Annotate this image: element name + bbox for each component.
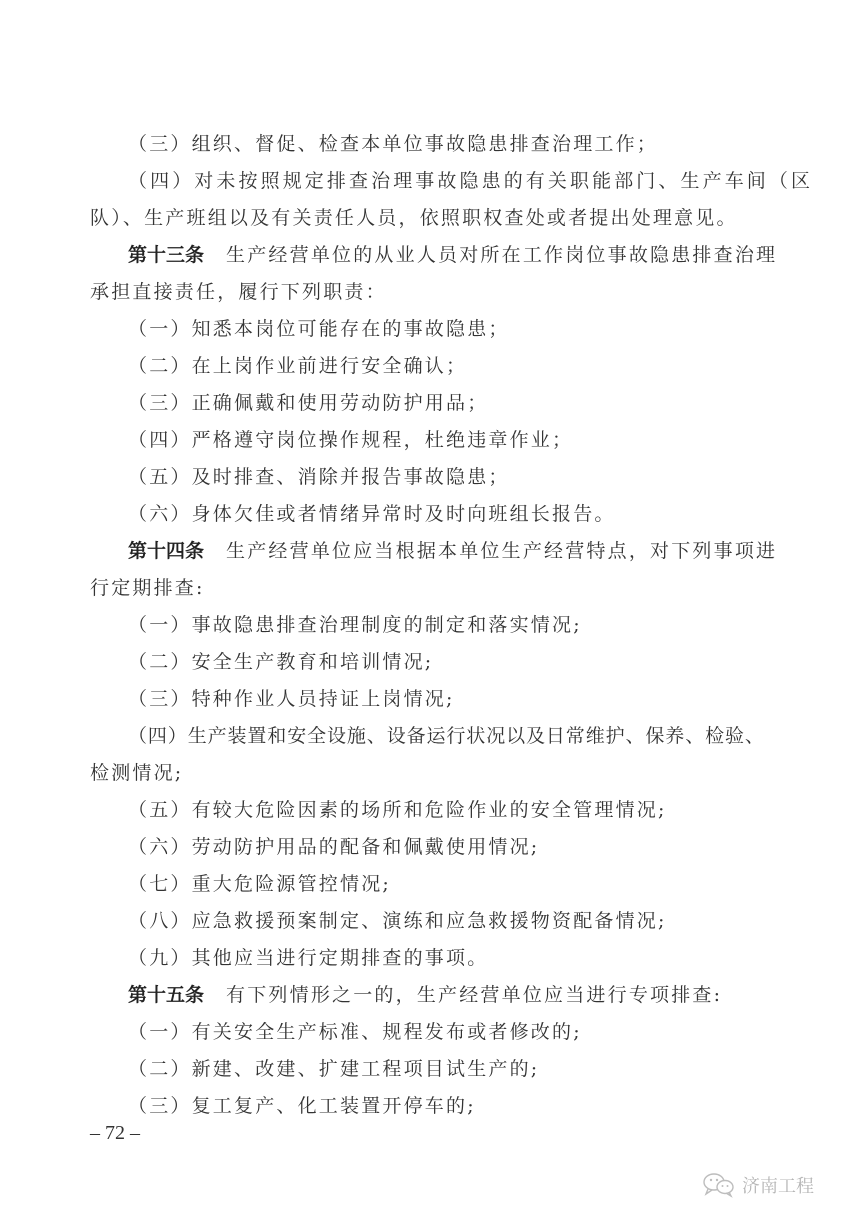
list-item: （四）生产装置和安全设施、设备运行状况以及日常维护、保养、检验、: [90, 718, 756, 755]
item-text: （二）在上岗作业前进行安全确认；: [128, 355, 467, 377]
item-text: 队）、生产班组以及有关责任人员，依照职权查处或者提出处理意见。: [90, 207, 738, 229]
document-body: （三）组织、督促、检查本单位事故隐患排查治理工作； （四）对未按照规定排查治理事…: [90, 126, 756, 1125]
item-text: （五）有较大危险因素的场所和危险作业的安全管理情况;: [128, 799, 667, 821]
article-title: 第十四条: [128, 540, 204, 562]
item-text: （五）及时排查、消除并报告事故隐患；: [128, 466, 510, 488]
item-text: 行定期排查:: [90, 577, 205, 599]
item-text: （七）重大危险源管控情况;: [128, 873, 391, 895]
item-text: （一）知悉本岗位可能存在的事故隐患；: [128, 318, 510, 340]
list-item: （一）有关安全生产标准、规程发布或者修改的;: [90, 1014, 756, 1051]
item-text: （六）身体欠佳或者情绪异常时及时向班组长报告。: [128, 503, 616, 525]
list-item: （六）身体欠佳或者情绪异常时及时向班组长报告。: [90, 496, 756, 533]
list-item: （九）其他应当进行定期排查的事项。: [90, 940, 756, 977]
article-text: 有下列情形之一的，生产经营单位应当进行专项排查:: [226, 984, 722, 1006]
item-text: （一）事故隐患排查治理制度的制定和落实情况;: [128, 614, 582, 636]
list-item: （三）正确佩戴和使用劳动防护用品；: [90, 385, 756, 422]
item-text: （四）生产装置和安全设施、设备运行状况以及日常维护、保养、检验、: [128, 725, 765, 747]
article-title: 第十三条: [128, 244, 204, 266]
continuation-line: 行定期排查:: [90, 570, 756, 607]
list-item: （一）事故隐患排查治理制度的制定和落实情况;: [90, 607, 756, 644]
item-text: 承担直接责任，履行下列职责：: [90, 281, 387, 303]
list-item: （五）及时排查、消除并报告事故隐患；: [90, 459, 756, 496]
item-text: （八）应急救援预案制定、演练和应急救援物资配备情况;: [128, 910, 667, 932]
watermark: 济南工程: [702, 1172, 814, 1198]
list-item: （七）重大危险源管控情况;: [90, 866, 756, 903]
watermark-label: 济南工程: [742, 1172, 814, 1198]
page-number: – 72 –: [90, 1122, 140, 1145]
item-text: （一）有关安全生产标准、规程发布或者修改的;: [128, 1021, 582, 1043]
item-text: （四）对未按照规定排查治理事故隐患的有关职能部门、生产车间（区: [128, 170, 813, 192]
item-text: （三）特种作业人员持证上岗情况;: [128, 688, 455, 710]
item-text: （二）安全生产教育和培训情况;: [128, 651, 433, 673]
item-text: （二）新建、改建、扩建工程项目试生产的;: [128, 1058, 539, 1080]
list-item: （二）安全生产教育和培训情况;: [90, 644, 756, 681]
list-item: （四）严格遵守岗位操作规程，杜绝违章作业；: [90, 422, 756, 459]
article-13: 第十三条生产经营单位的从业人员对所在工作岗位事故隐患排查治理: [90, 237, 756, 274]
continuation-line: 承担直接责任，履行下列职责：: [90, 274, 756, 311]
item-text: （六）劳动防护用品的配备和佩戴使用情况;: [128, 836, 539, 858]
item-text: （九）其他应当进行定期排查的事项。: [128, 947, 488, 969]
article-text: 生产经营单位的从业人员对所在工作岗位事故隐患排查治理: [226, 244, 777, 266]
list-item: （八）应急救援预案制定、演练和应急救援物资配备情况;: [90, 903, 756, 940]
list-item: （一）知悉本岗位可能存在的事故隐患；: [90, 311, 756, 348]
list-item: （三）特种作业人员持证上岗情况;: [90, 681, 756, 718]
item-text: 检测情况;: [90, 762, 183, 784]
article-15: 第十五条有下列情形之一的，生产经营单位应当进行专项排查:: [90, 977, 756, 1014]
article-text: 生产经营单位应当根据本单位生产经营特点，对下列事项进: [226, 540, 777, 562]
list-item: （三）复工复产、化工装置开停车的;: [90, 1088, 756, 1125]
item-text: （三）组织、督促、检查本单位事故隐患排查治理工作；: [128, 133, 658, 155]
continuation-line: 队）、生产班组以及有关责任人员，依照职权查处或者提出处理意见。: [90, 200, 756, 237]
article-14: 第十四条生产经营单位应当根据本单位生产经营特点，对下列事项进: [90, 533, 756, 570]
item-text: （三）复工复产、化工装置开停车的;: [128, 1095, 476, 1117]
wechat-icon: [702, 1172, 736, 1198]
list-item: （四）对未按照规定排查治理事故隐患的有关职能部门、生产车间（区: [90, 163, 756, 200]
list-item: （二）新建、改建、扩建工程项目试生产的;: [90, 1051, 756, 1088]
list-item: （五）有较大危险因素的场所和危险作业的安全管理情况;: [90, 792, 756, 829]
list-item: （六）劳动防护用品的配备和佩戴使用情况;: [90, 829, 756, 866]
continuation-line: 检测情况;: [90, 755, 756, 792]
item-text: （四）严格遵守岗位操作规程，杜绝违章作业；: [128, 429, 573, 451]
list-item: （三）组织、督促、检查本单位事故隐患排查治理工作；: [90, 126, 756, 163]
item-text: （三）正确佩戴和使用劳动防护用品；: [128, 392, 488, 414]
list-item: （二）在上岗作业前进行安全确认；: [90, 348, 756, 385]
article-title: 第十五条: [128, 984, 204, 1006]
